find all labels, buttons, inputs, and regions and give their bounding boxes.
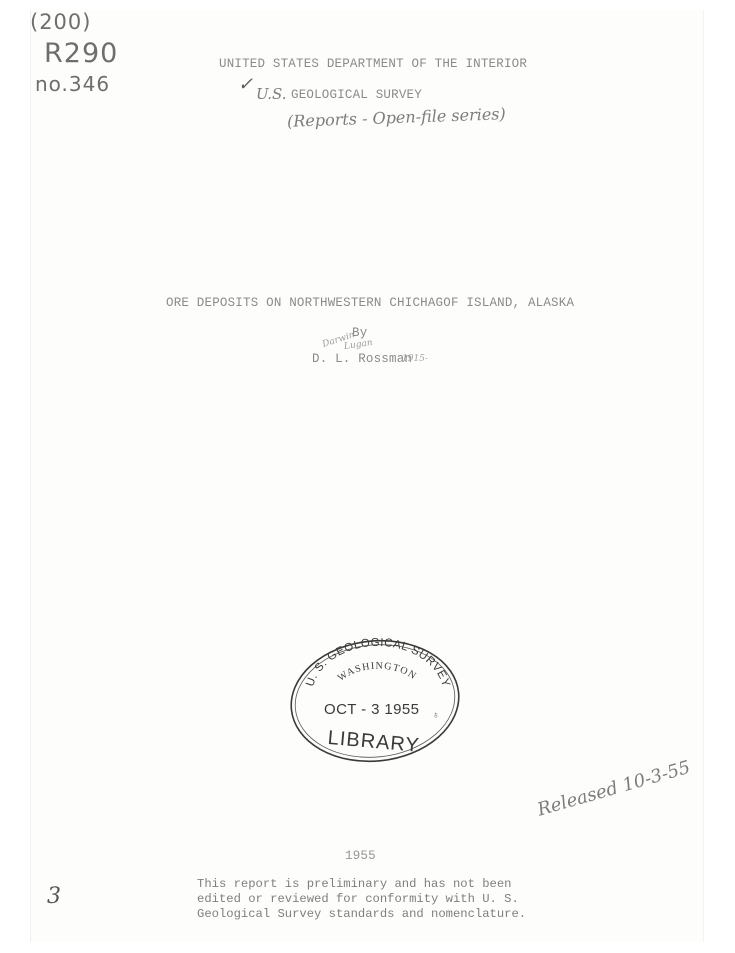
stamp-library: LIBRARY	[327, 727, 421, 757]
call-number-line2: R290	[44, 38, 118, 69]
disclaimer-line-2: edited or reviewed for conformity with U…	[197, 892, 526, 907]
svg-text:WASHINGTON: WASHINGTON	[336, 661, 419, 684]
svg-text:♁: ♁	[432, 710, 440, 721]
library-stamp: U. S. GEOLOGICAL SURVEY WASHINGTON OCT -…	[288, 638, 462, 764]
survey-prefix-handwritten: U.S.	[256, 85, 287, 103]
author-name: D. L. Rossman	[312, 352, 412, 366]
disclaimer: This report is preliminary and has not b…	[197, 877, 526, 922]
stamp-city: WASHINGTON	[336, 661, 419, 684]
call-number-line3: no.346	[35, 72, 110, 96]
checkmark-icon: ✓	[238, 74, 253, 95]
disclaimer-line-3: Geological Survey standards and nomencla…	[197, 907, 526, 922]
author-birth-year-handwritten: 1915-	[402, 354, 428, 364]
report-year: 1955	[345, 849, 376, 863]
stamp-date: OCT - 3 1955	[324, 701, 419, 718]
page-mark-handwritten: 3	[47, 884, 61, 909]
agency-heading: GEOLOGICAL SURVEY	[291, 88, 422, 102]
call-number-line1: (200)	[30, 10, 91, 34]
department-heading: UNITED STATES DEPARTMENT OF THE INTERIOR	[219, 57, 527, 71]
disclaimer-line-1: This report is preliminary and has not b…	[197, 877, 526, 892]
report-title: ORE DEPOSITS ON NORTHWESTERN CHICHAGOF I…	[166, 296, 574, 310]
